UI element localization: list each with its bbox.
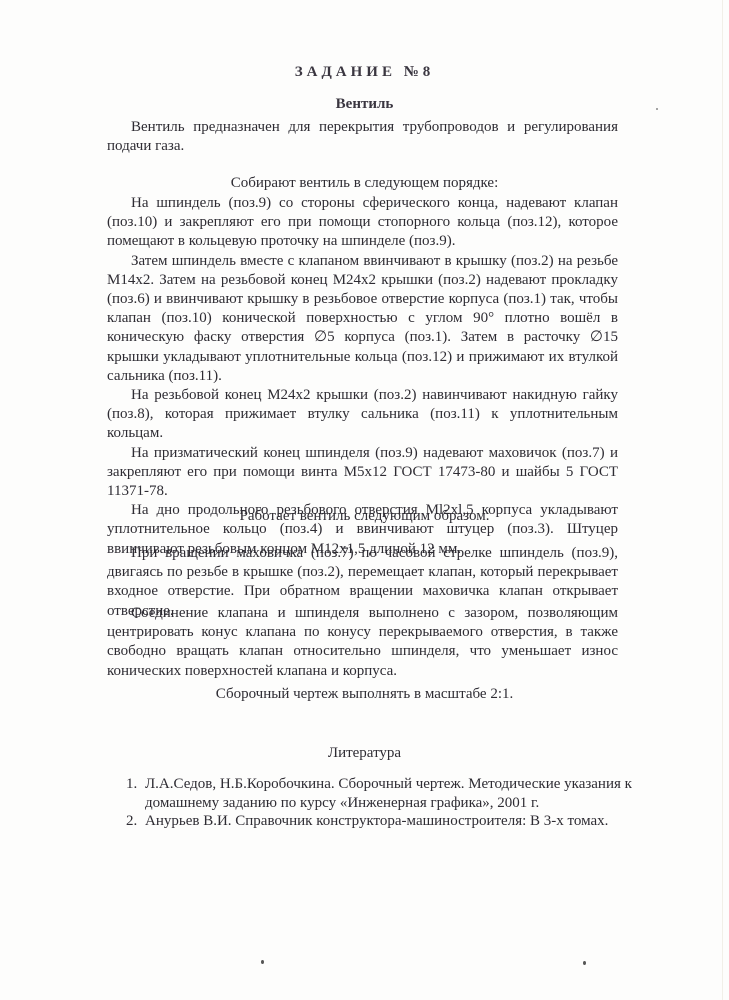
operation-heading: Работает вентиль следующим образом. [0,508,729,525]
references-list: Л.А.Седов, Н.Б.Коробочкина. Сборочный че… [107,775,681,831]
assembly-heading: Собирают вентиль в следующем порядке: [0,175,729,192]
scanned-page: ЗАДАНИЕ №8 Вентиль Вентиль предназначен … [0,0,729,1000]
scan-edge [722,0,723,1000]
page-title: ЗАДАНИЕ №8 [0,64,729,81]
intro-paragraph: Вентиль предназначен для перекрытия труб… [107,118,618,156]
page-subtitle: Вентиль [0,96,729,113]
references-heading: Литература [0,745,729,762]
scale-note: Сборочный чертеж выполнять в масштабе 2:… [0,686,729,703]
reference-item: Анурьев В.И. Справочник конструктора-маш… [141,812,681,831]
reference-item: Л.А.Седов, Н.Б.Коробочкина. Сборочный че… [141,775,681,812]
assembly-paragraph: Затем шпиндель вместе с клапаном ввинчив… [107,252,618,386]
scan-speck [261,960,264,964]
connection-section: Соединение клапана и шпинделя выполнено … [107,604,618,681]
connection-paragraph: Соединение клапана и шпинделя выполнено … [107,604,618,681]
assembly-paragraph: На резьбовой конец М24х2 крышки (поз.2) … [107,386,618,444]
assembly-paragraph: На призматический конец шпинделя (поз.9)… [107,444,618,502]
scan-speck [656,108,658,110]
intro-text: Вентиль предназначен для перекрытия труб… [107,118,618,156]
assembly-section: На шпиндель (поз.9) со стороны сферическ… [107,194,618,559]
scan-speck [583,961,586,965]
assembly-paragraph: На шпиндель (поз.9) со стороны сферическ… [107,194,618,252]
